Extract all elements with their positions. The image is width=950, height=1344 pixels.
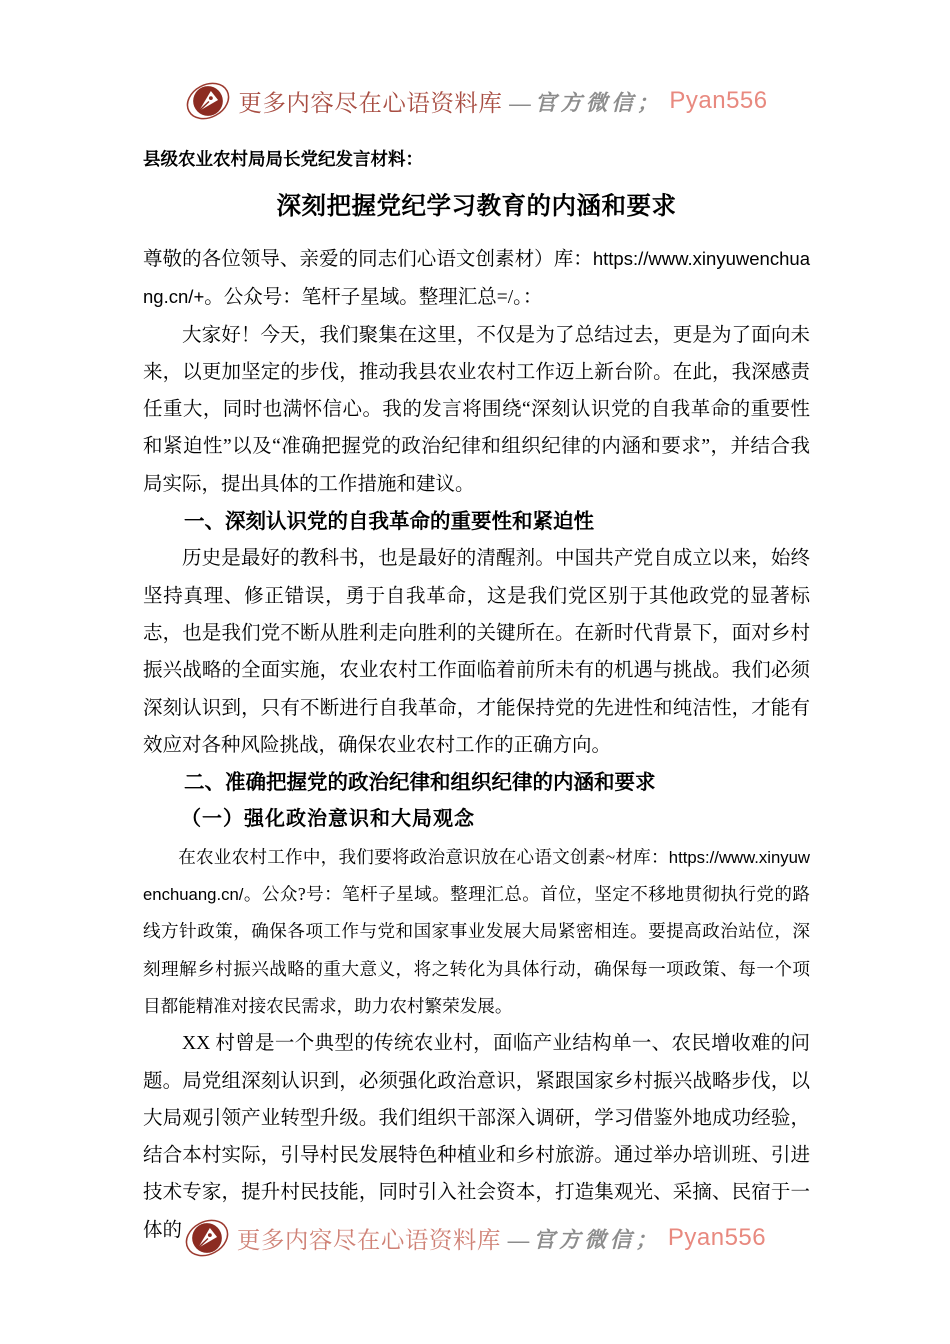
watermark-site-text: 更多内容尽在心语资料库: [237, 1221, 501, 1255]
subheading-section-2-1: （一）强化政治意识和大局观念: [143, 801, 810, 838]
watermark-wechat-id: Pyan556: [668, 1224, 766, 1252]
paragraph-opening: 大家好！今天，我们聚集在这里，不仅是为了总结过去，更是为了面向未来，以更加坚定的…: [143, 317, 810, 503]
paragraph-section-2-1-pre: 在农业农村工作中，我们要将政治意识放在心语文创素~材库：: [178, 847, 669, 867]
footer-watermark: 更多内容尽在心语资料库 —官方微信； Pyan556: [0, 1212, 950, 1264]
paragraph-section-2-1-post: 。公众?号：笔杆子星域。整理汇总。首位，坚定不移地贯彻执行党的路线方针政策，确保…: [143, 884, 810, 1016]
paragraph-greeting: 尊敬的各位领导、亲爱的同志们心语文创素材）库：https://www.xinyu…: [143, 240, 810, 317]
heading-section-1: 一、深刻认识党的自我革命的重要性和紧迫性: [143, 503, 810, 540]
watermark-wechat-id: Pyan556: [669, 87, 767, 115]
paragraph-section-1: 历史是最好的教科书，也是最好的清醒剂。中国共产党自成立以来，始终坚持真理、修正错…: [143, 540, 810, 764]
paragraph-greeting-pre: 尊敬的各位领导、亲爱的同志们心语文创素材）库：: [143, 249, 593, 270]
paragraph-greeting-post: 。公众号：笔杆子星域。整理汇总=/。：: [204, 287, 542, 308]
document-page: 更多内容尽在心语资料库 —官方微信； Pyan556 县级农业农村局局长党纪发言…: [0, 0, 950, 1344]
pen-nib-logo-icon: [184, 1214, 230, 1262]
doc-title: 深刻把握党纪学习教育的内涵和要求: [143, 189, 810, 224]
doc-label: 县级农业农村局局长党纪发言材料：: [143, 146, 810, 172]
watermark-site-text: 更多内容尽在心语资料库: [238, 84, 502, 118]
watermark-wechat-label: —官方微信；: [509, 86, 662, 117]
heading-section-2: 二、准确把握党的政治纪律和组织纪律的内涵和要求: [143, 764, 810, 801]
watermark-wechat-label: —官方微信；: [508, 1223, 661, 1254]
header-watermark: 更多内容尽在心语资料库 —官方微信； Pyan556: [143, 75, 810, 127]
paragraph-section-2-1: 在农业农村工作中，我们要将政治意识放在心语文创素~材库：https://www.…: [143, 839, 810, 1025]
pen-nib-logo-icon: [185, 77, 231, 125]
